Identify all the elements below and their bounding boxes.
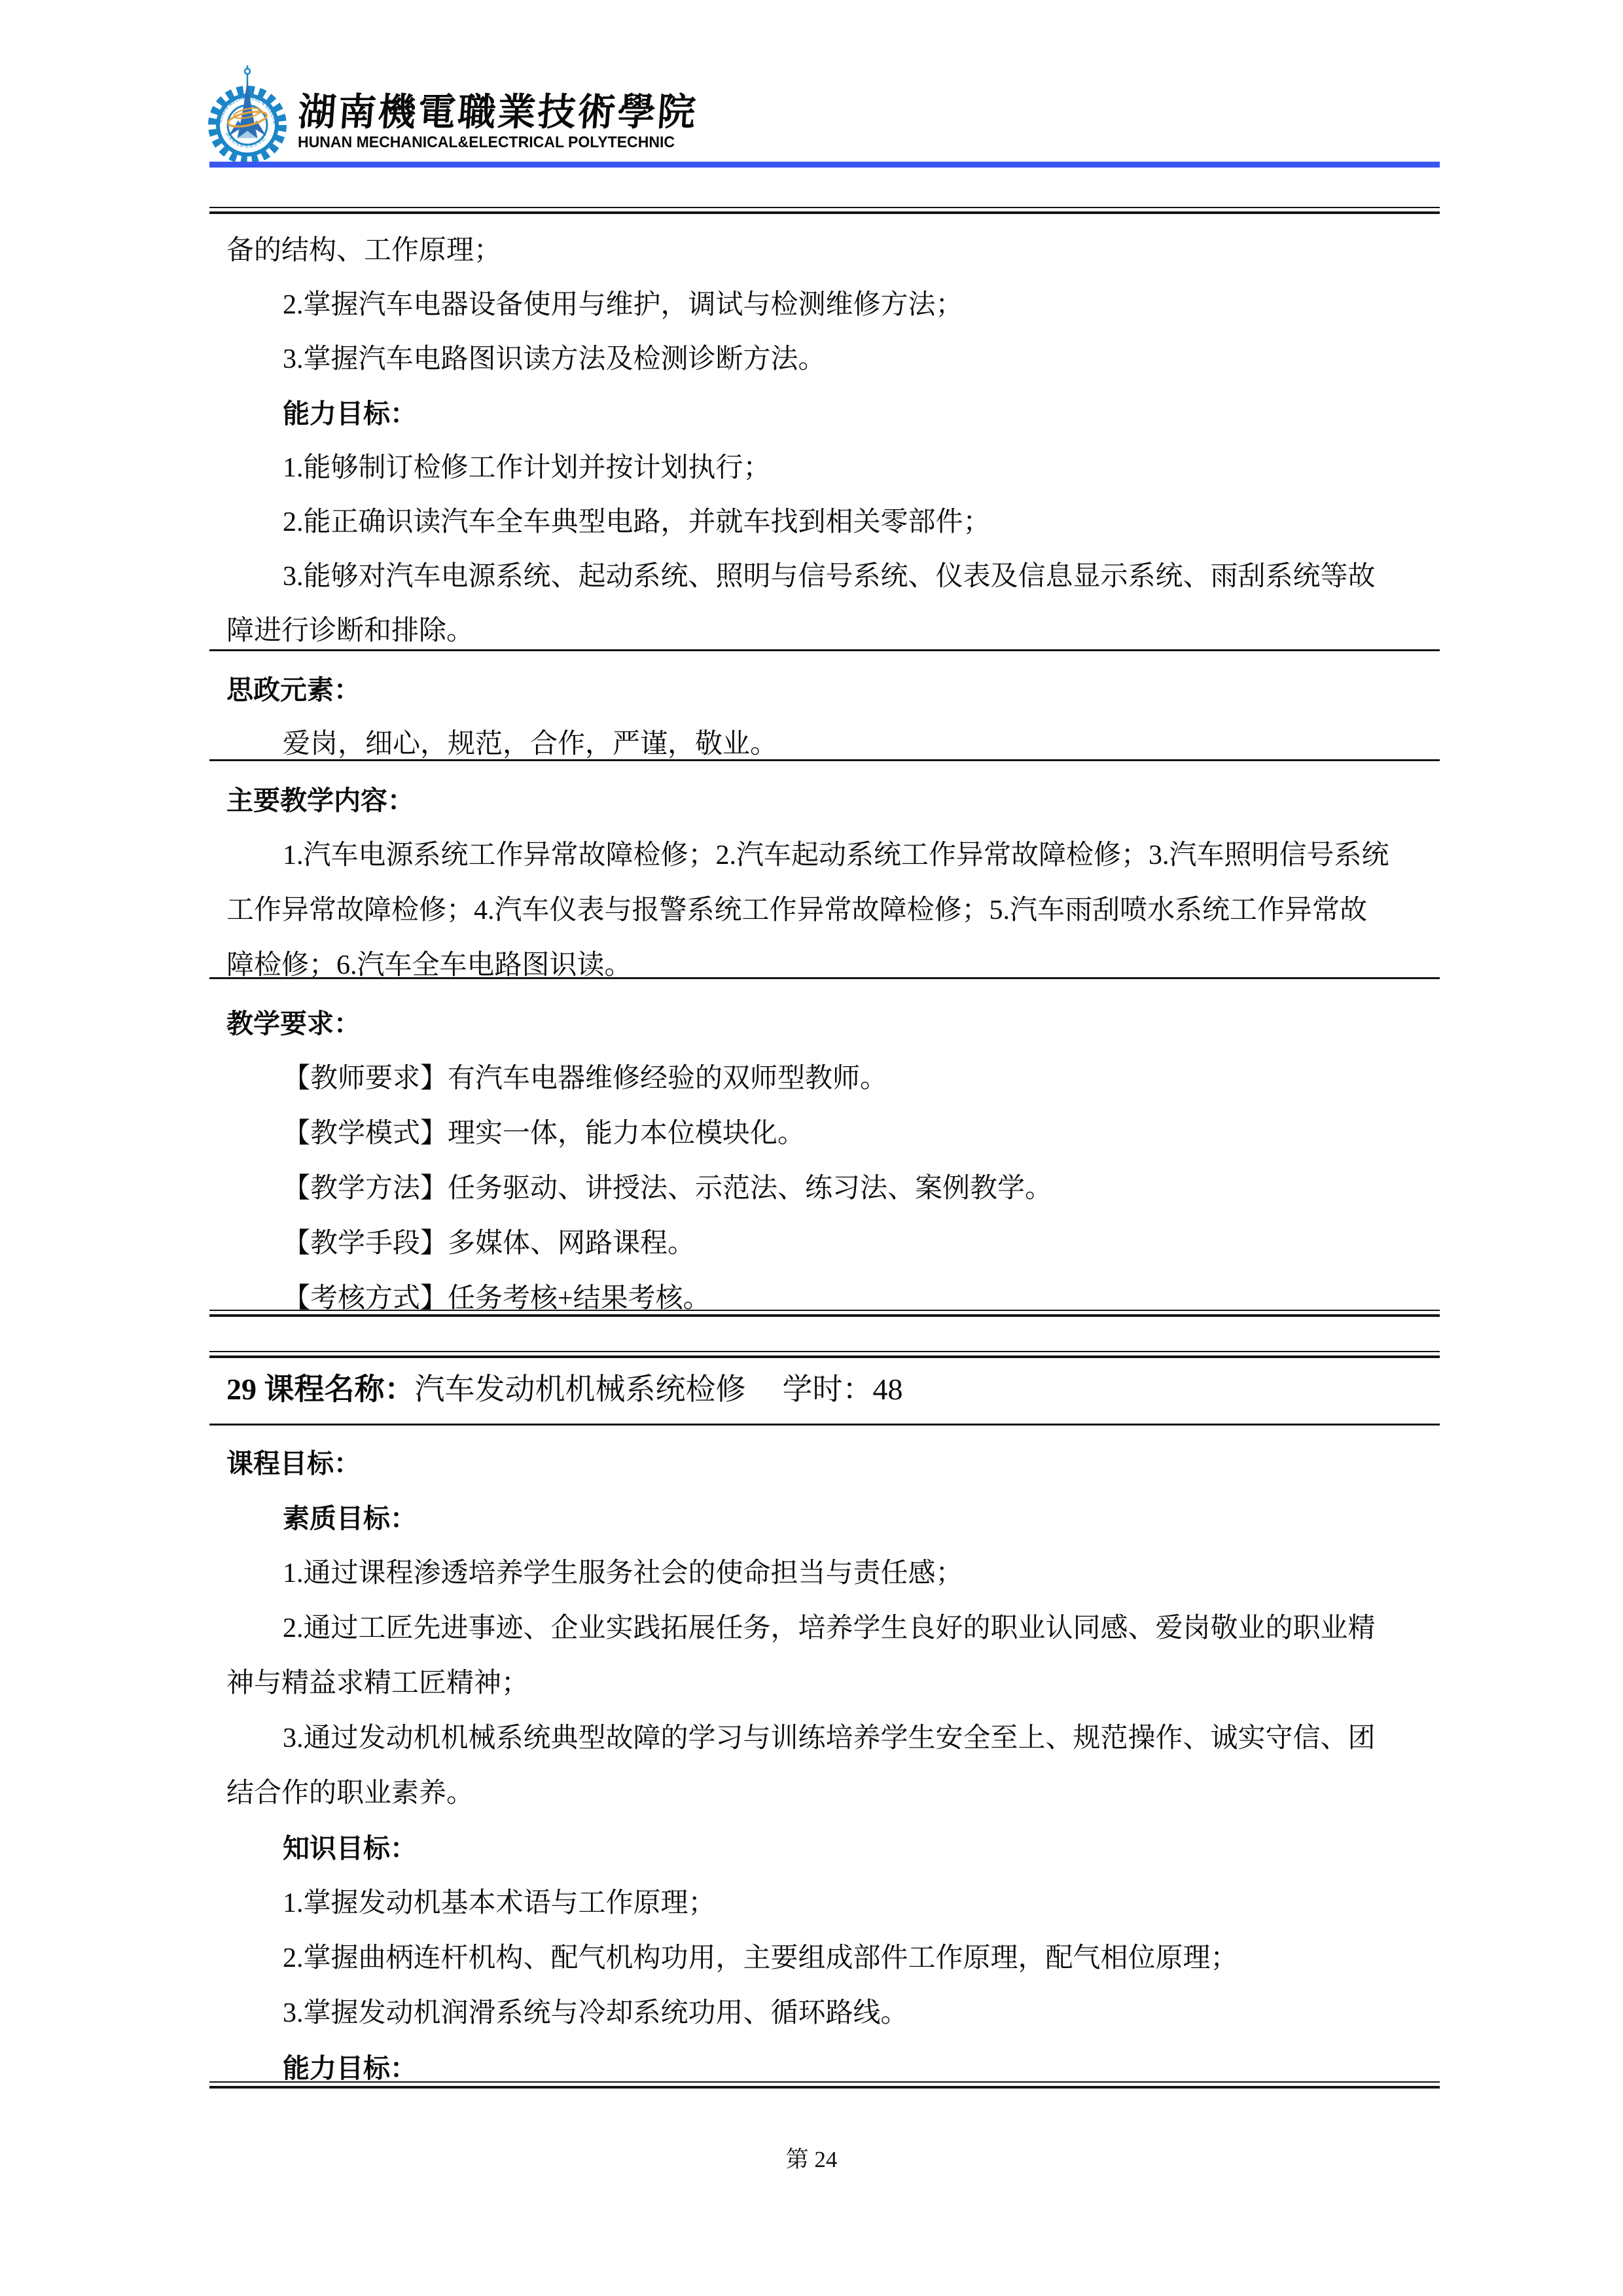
text-line: 【考核方式】任务考核+结果考核。 [209, 1271, 1440, 1326]
table1-bottom-border [209, 1310, 1440, 1317]
text-line: 1.通过课程渗透培养学生服务社会的使命担当与责任感； [209, 1546, 1440, 1601]
text-line: 【教学方法】任务驱动、讲授法、示范法、练习法、案例教学。 [209, 1161, 1440, 1216]
course-title-line: 29 课程名称：汽车发动机机械系统检修学时：48 [209, 1357, 1440, 1422]
text-line: 【教学模式】理实一体，能力本位模块化。 [209, 1106, 1440, 1161]
text-line: 结合作的职业素养。 [209, 1766, 1440, 1821]
section-teaching-requirements: 教学要求： 【教师要求】有汽车电器维修经验的双师型教师。 【教学模式】理实一体，… [209, 979, 1440, 1326]
subheading-ability-goals: 能力目标： [209, 387, 1440, 441]
text-line: 2.掌握汽车电器设备使用与维护，调试与检测维修方法； [209, 278, 1440, 332]
school-name-chinese: 湖南機電職業技術學院 [296, 81, 700, 136]
section-teaching-content: 主要教学内容： 1.汽车电源系统工作异常故障检修；2.汽车起动系统工作异常故障检… [209, 761, 1440, 993]
course-hours-value: 48 [873, 1372, 903, 1406]
text-line: 【教师要求】有汽车电器维修经验的双师型教师。 [209, 1051, 1440, 1106]
text-line: 备的结构、工作原理； [209, 224, 1440, 278]
text-line: 2.掌握曲柄连杆机构、配气机构功用，主要组成部件工作原理，配气相位原理； [209, 1931, 1440, 1986]
subheading-knowledge-goals: 知识目标： [209, 1821, 1440, 1876]
course-hours-label: 学时： [783, 1372, 873, 1406]
text-line: 3.掌握汽车电路图识读方法及检测诊断方法。 [209, 332, 1440, 387]
course-number-label: 29 课程名称： [226, 1372, 415, 1406]
section-ideology: 思政元素： 爱岗，细心，规范，合作，严谨，敬业。 [209, 651, 1440, 772]
table2-bottom-border [209, 2081, 1440, 2089]
course-name: 汽车发动机机械系统检修 [415, 1372, 746, 1406]
text-line: 1.掌握发动机基本术语与工作原理； [209, 1876, 1440, 1931]
text-line: 1.能够制订检修工作计划并按计划执行； [209, 441, 1440, 495]
document-page: HUNAN MECHANICAL & ELECTRICAL POLYTECHNI… [0, 0, 1623, 2296]
heading-teaching-content: 主要教学内容： [209, 773, 1440, 828]
text-line: 工作异常故障检修；4.汽车仪表与报警系统工作异常故障检修；5.汽车雨刮喷水系统工… [209, 883, 1440, 938]
text-line: 2.能正确识读汽车全车典型电路，并就车找到相关零部件； [209, 495, 1440, 550]
text-line: 3.能够对汽车电源系统、起动系统、照明与信号系统、仪表及信息显示系统、雨刮系统等… [209, 550, 1440, 604]
text-line: 3.通过发动机机械系统典型故障的学习与训练培养学生安全至上、规范操作、诚实守信、… [209, 1711, 1440, 1766]
header-accent-rule [209, 162, 1440, 168]
section-objectives-continued: 备的结构、工作原理； 2.掌握汽车电器设备使用与维护，调试与检测维修方法； 3.… [209, 215, 1440, 658]
text-line: 2.通过工匠先进事迹、企业实践拓展任务，培养学生良好的职业认同感、爱岗敬业的职业… [209, 1601, 1440, 1656]
school-logo-emblem: HUNAN MECHANICAL & ELECTRICAL POLYTECHNI… [204, 62, 291, 165]
heading-ideology: 思政元素： [209, 663, 1440, 717]
text-line: 1.汽车电源系统工作异常故障检修；2.汽车起动系统工作异常故障检修；3.汽车照明… [209, 828, 1440, 883]
subheading-quality-goals: 素质目标： [209, 1491, 1440, 1546]
page-number: 第 24 [0, 2142, 1623, 2174]
school-name-english: HUNAN MECHANICAL&ELECTRICAL POLYTECHNIC [298, 134, 675, 152]
text-line: 【教学手段】多媒体、网路课程。 [209, 1216, 1440, 1271]
heading-teaching-requirements: 教学要求： [209, 996, 1440, 1051]
text-line: 神与精益求精工匠精神； [209, 1656, 1440, 1711]
section-course-objectives: 课程目标： 素质目标： 1.通过课程渗透培养学生服务社会的使命担当与责任感； 2… [209, 1426, 1440, 2096]
section-course-title: 29 课程名称：汽车发动机机械系统检修学时：48 [209, 1357, 1440, 1422]
text-line: 3.掌握发动机润滑系统与冷却系统功用、循环路线。 [209, 1986, 1440, 2041]
table1-top-border [209, 207, 1440, 214]
heading-course-objectives: 课程目标： [209, 1436, 1440, 1491]
